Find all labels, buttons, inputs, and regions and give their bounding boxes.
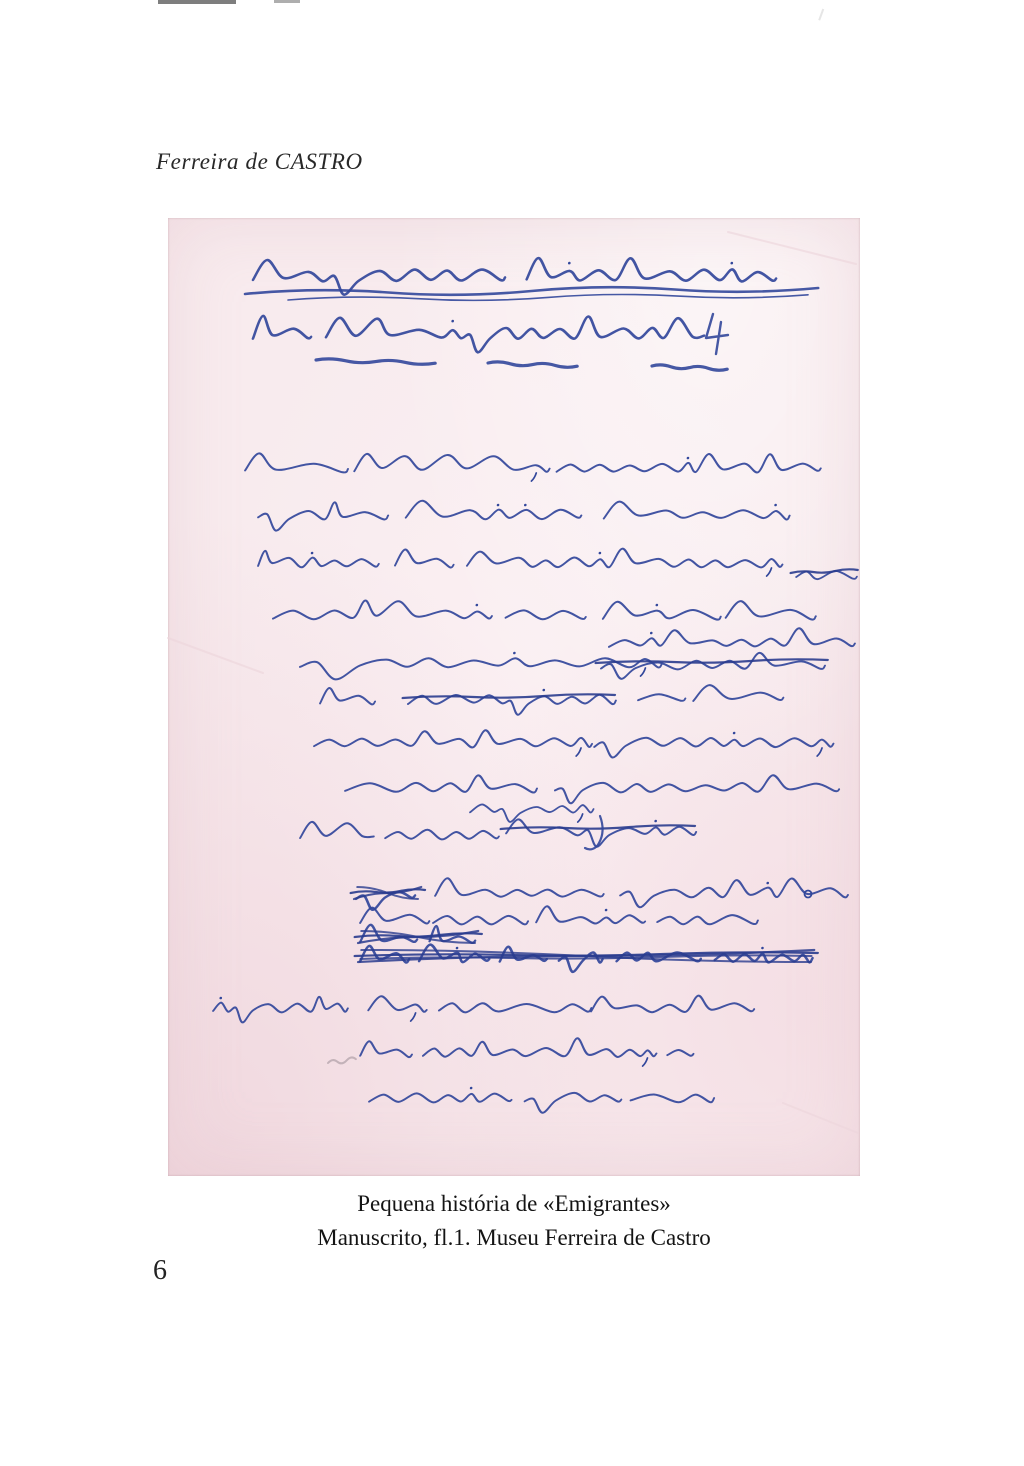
caption: Pequena história de «Emigrantes» Manuscr… bbox=[168, 1187, 860, 1255]
manuscript-photo bbox=[168, 218, 860, 1176]
caption-line-1: Pequena história de «Emigrantes» bbox=[168, 1187, 860, 1221]
handwriting-svg bbox=[168, 218, 860, 1176]
scan-artifact bbox=[274, 0, 300, 3]
page-number: 6 bbox=[153, 1255, 167, 1287]
scan-artifact bbox=[158, 0, 236, 4]
running-head: Ferreira de CASTRO bbox=[156, 149, 363, 175]
book-page: Ferreira de CASTRO Pequena história de «… bbox=[0, 0, 1024, 1466]
caption-line-2: Manuscrito, fl.1. Museu Ferreira de Cast… bbox=[168, 1221, 860, 1255]
scan-artifact bbox=[818, 9, 832, 24]
